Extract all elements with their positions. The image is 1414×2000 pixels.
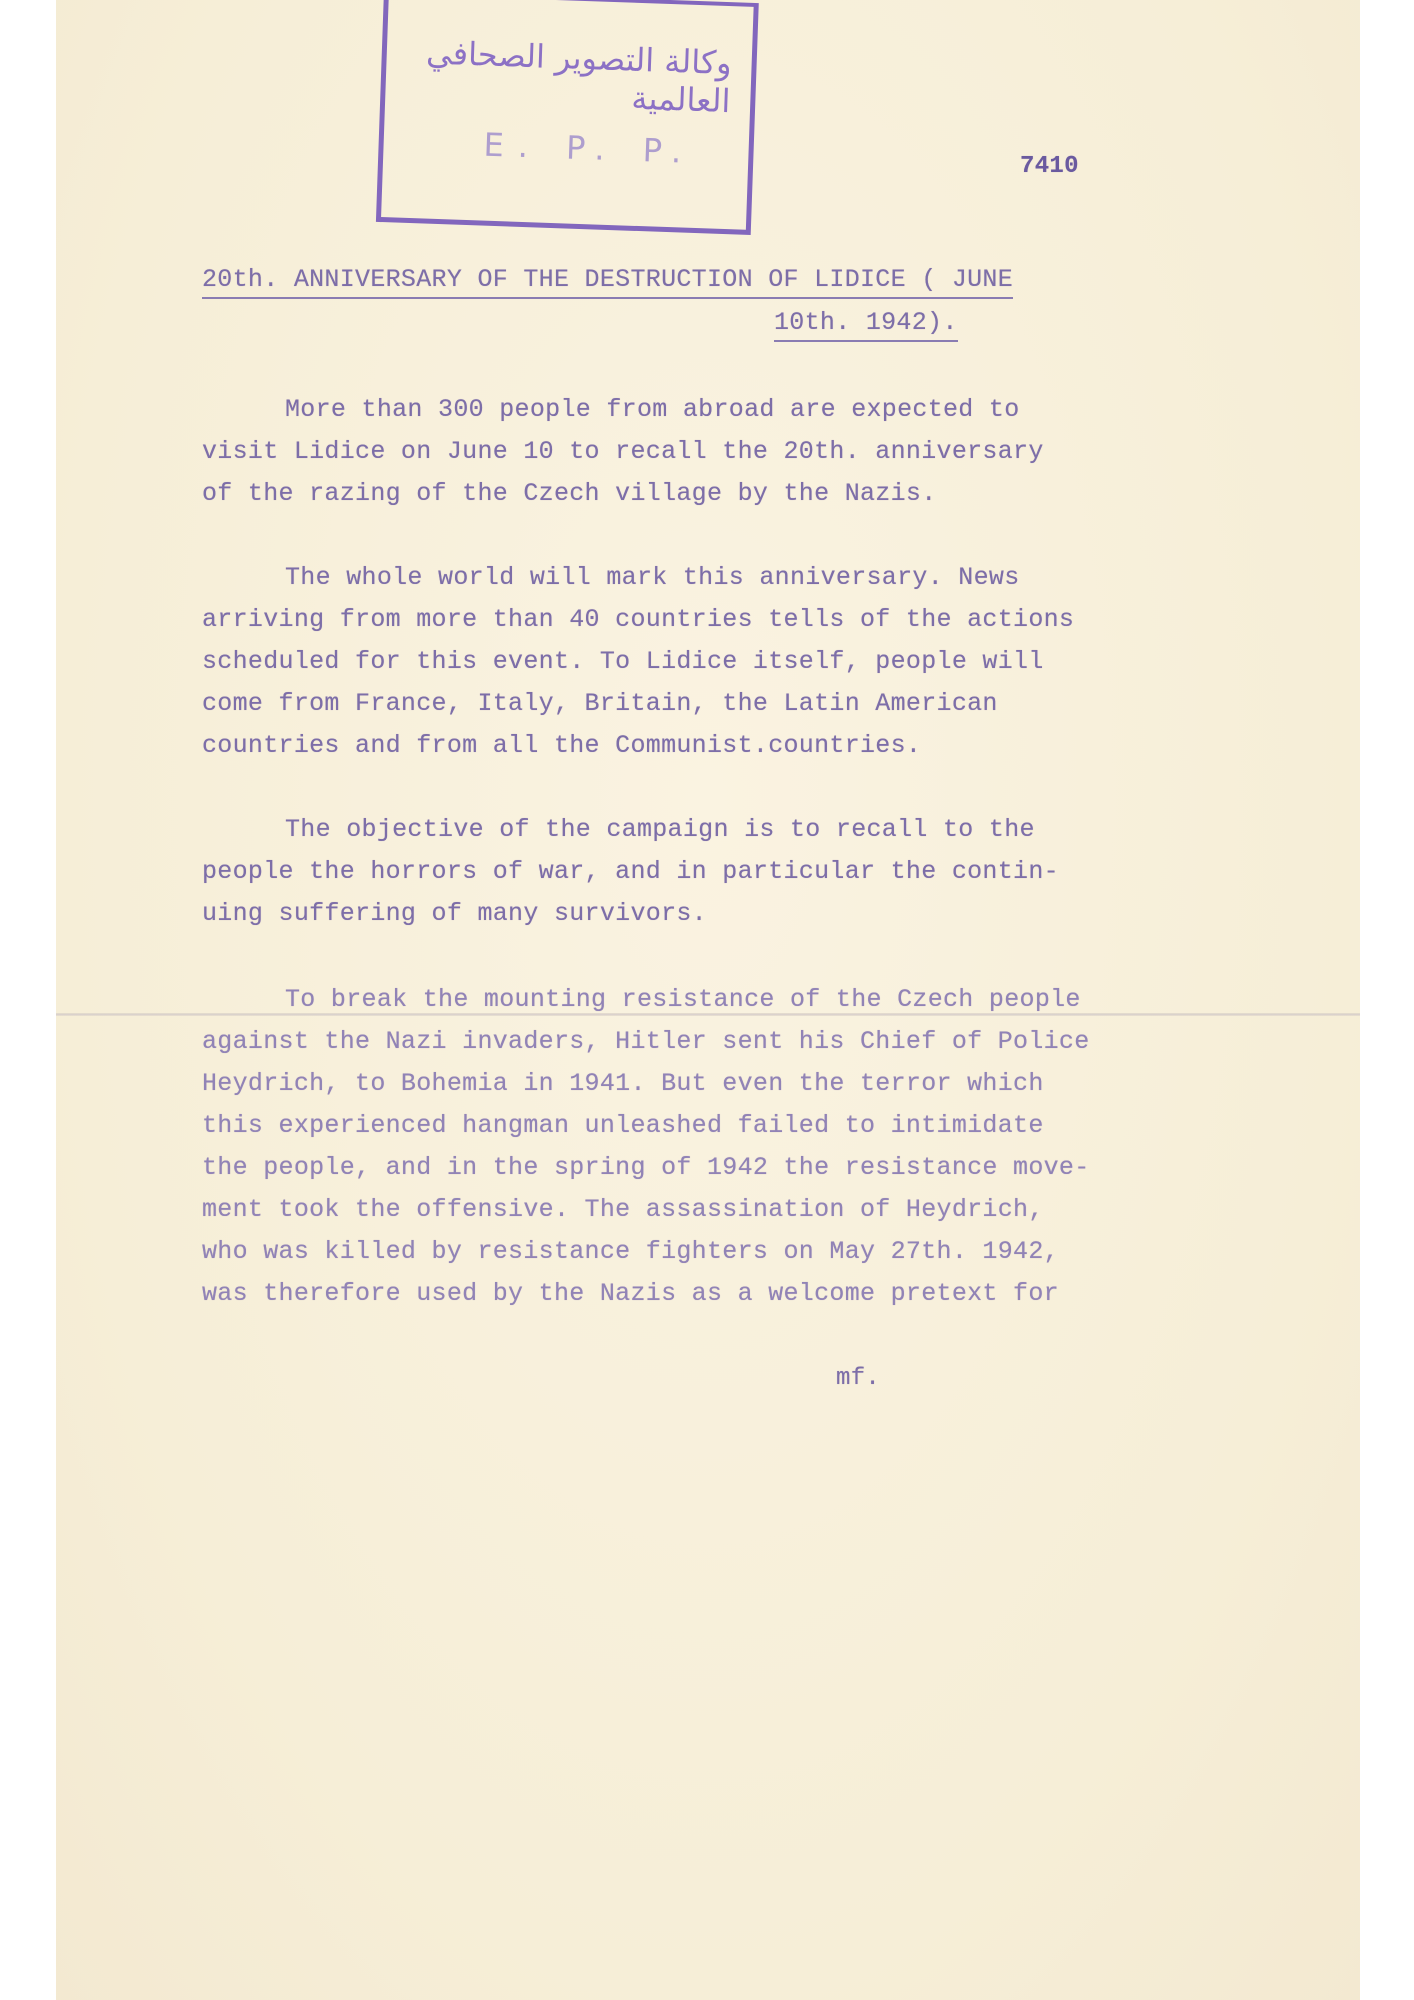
continuation-mark: mf. <box>836 1365 880 1392</box>
paragraph-4-line: was therefore used by the Nazis as a wel… <box>202 1279 1059 1308</box>
paragraph-2-line: come from France, Italy, Britain, the La… <box>202 689 998 718</box>
headline-line-1: 20th. ANNIVERSARY OF THE DESTRUCTION OF … <box>202 265 1013 294</box>
paragraph-4-line: Heydrich, to Bohemia in 1941. But even t… <box>202 1069 1044 1098</box>
paragraph-2-line: The whole world will mark this anniversa… <box>285 563 1020 592</box>
paragraph-2-line: arriving from more than 40 countries tel… <box>202 605 1074 634</box>
paragraph-4-line: against the Nazi invaders, Hitler sent h… <box>202 1027 1090 1056</box>
agency-stamp: وكالة التصوير الصحافي العالمية E. P. P. <box>376 0 759 235</box>
paragraph-3-line: The objective of the campaign is to reca… <box>285 815 1035 844</box>
paragraph-4-line: this experienced hangman unleashed faile… <box>202 1111 1044 1140</box>
paragraph-3-line: people the horrors of war, and in partic… <box>202 857 1059 886</box>
stamp-initials: E. P. P. <box>483 126 696 171</box>
paragraph-1-line: More than 300 people from abroad are exp… <box>285 395 1020 424</box>
stamp-arabic-text: وكالة التصوير الصحافي العالمية <box>385 32 732 120</box>
paragraph-2-line: countries and from all the Communist.cou… <box>202 731 921 760</box>
paragraph-4-line: the people, and in the spring of 1942 th… <box>202 1153 1090 1182</box>
paragraph-3-line: uing suffering of many survivors. <box>202 899 707 928</box>
paragraph-1-line: of the razing of the Czech village by th… <box>202 479 937 508</box>
paragraph-4-line: ment took the offensive. The assassinati… <box>202 1195 1044 1224</box>
paragraph-1-line: visit Lidice on June 10 to recall the 20… <box>202 437 1044 466</box>
document-number: 7410 <box>1020 153 1079 180</box>
paragraph-4-line: who was killed by resistance fighters on… <box>202 1237 1059 1266</box>
paragraph-4-line: To break the mounting resistance of the … <box>285 985 1081 1014</box>
paragraph-2-line: scheduled for this event. To Lidice itse… <box>202 647 1044 676</box>
headline-text-2: 10th. 1942). <box>774 308 958 342</box>
document-page: وكالة التصوير الصحافي العالمية E. P. P. … <box>56 0 1360 2000</box>
headline-line-2: 10th. 1942). <box>774 308 958 337</box>
headline-text-1: 20th. ANNIVERSARY OF THE DESTRUCTION OF … <box>202 265 1013 299</box>
